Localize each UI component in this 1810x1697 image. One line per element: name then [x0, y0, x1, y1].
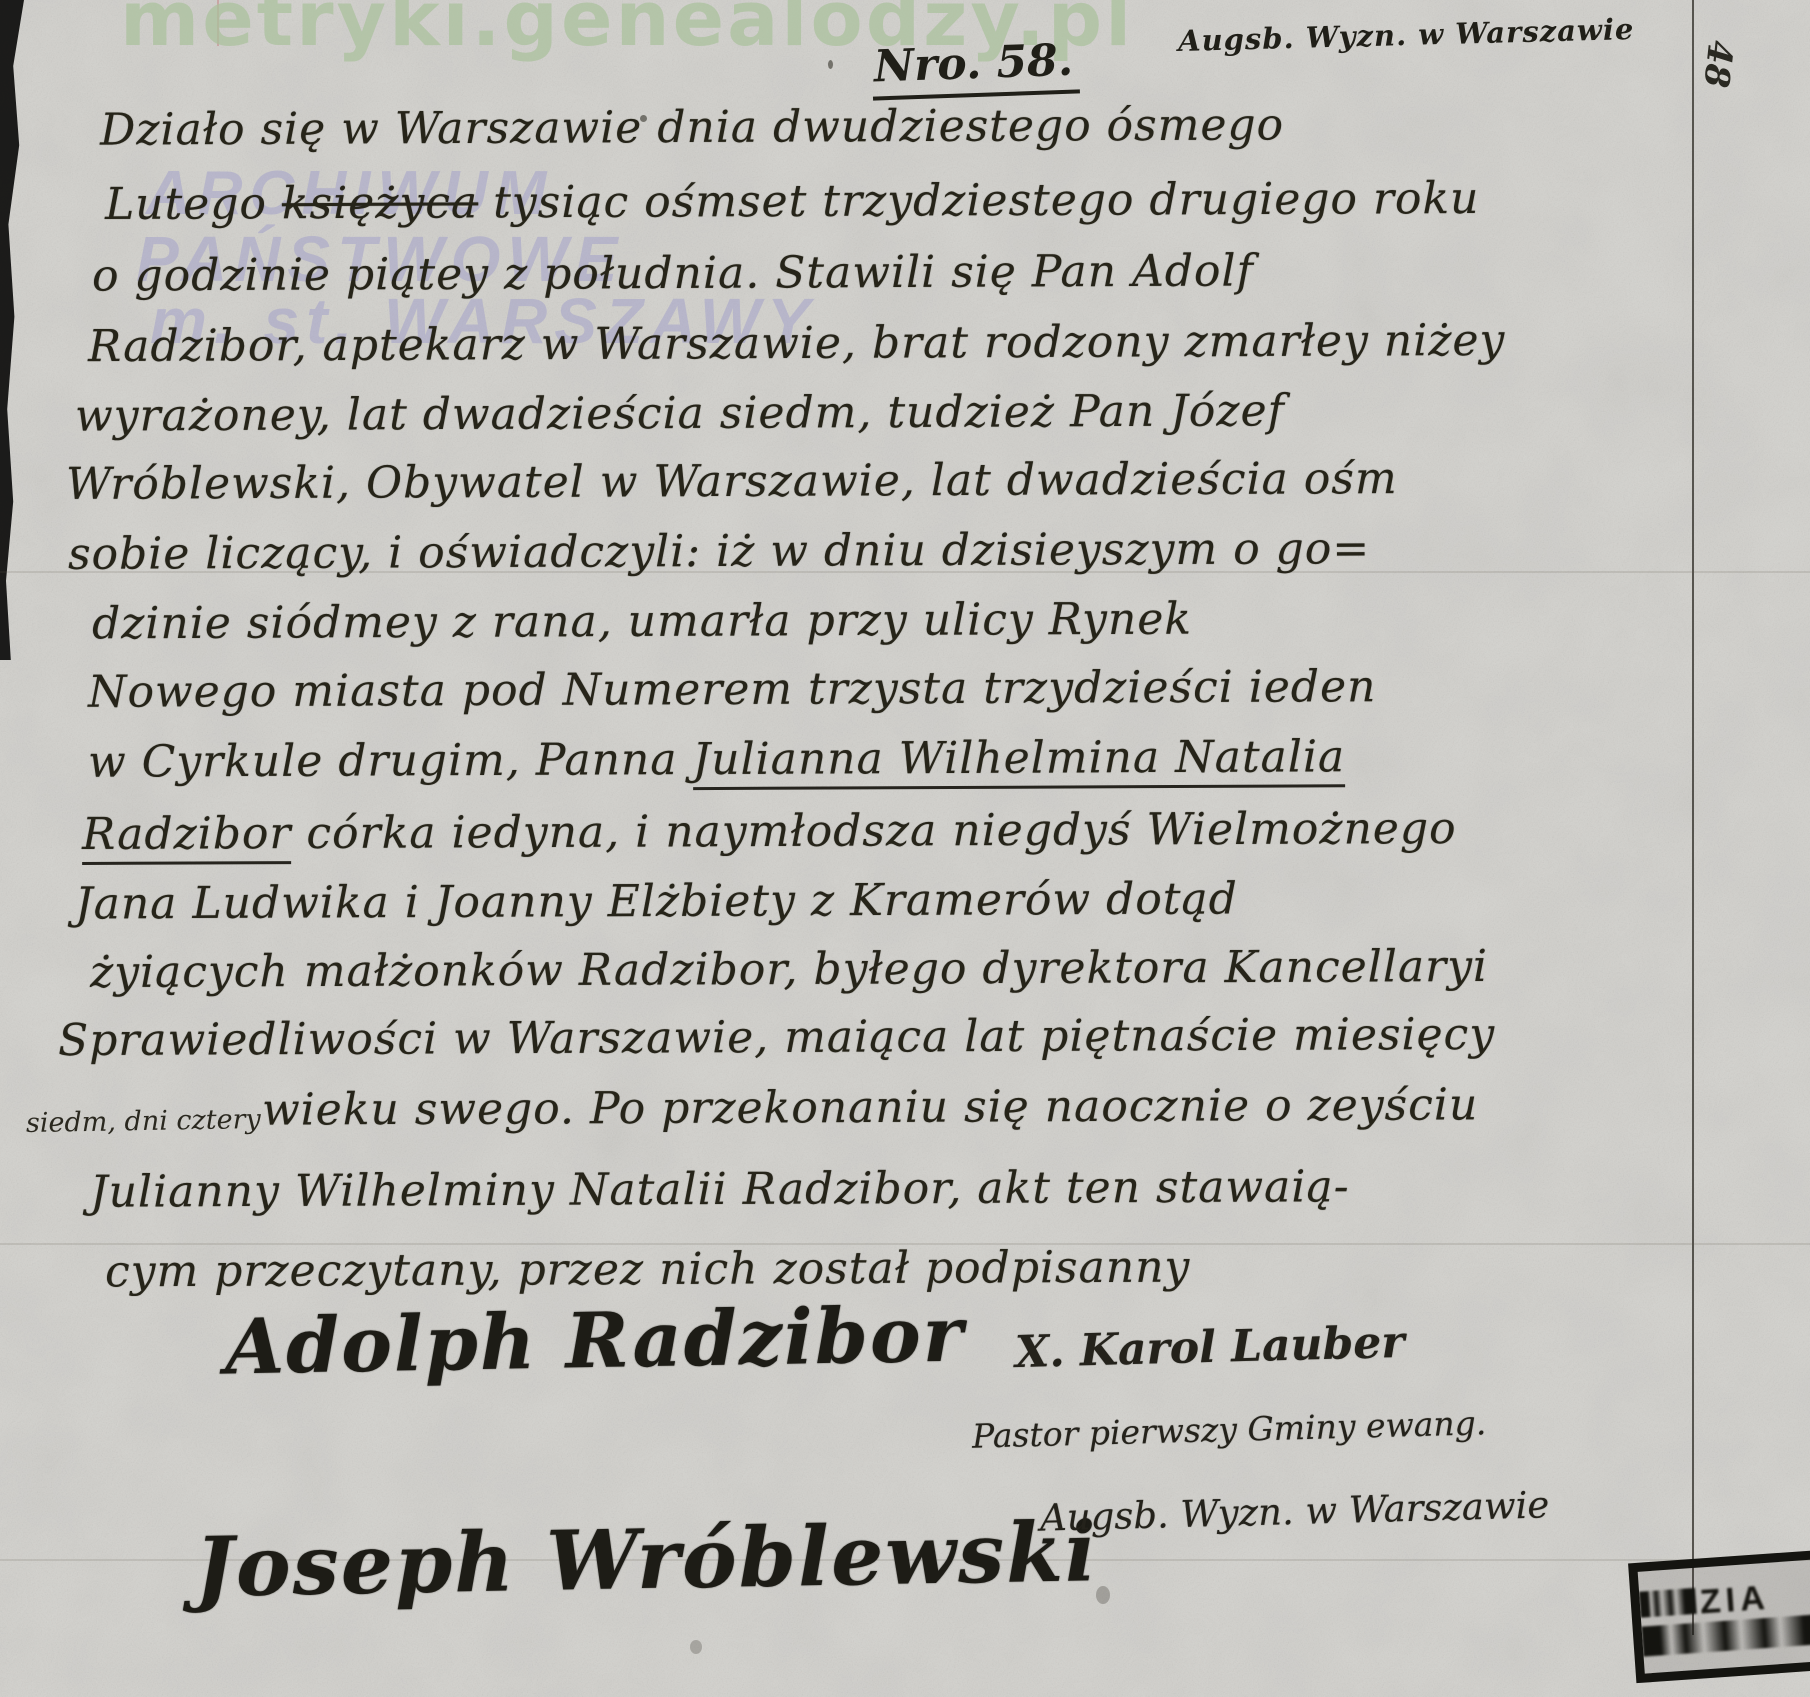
line2-pre: Lutego [105, 178, 282, 230]
act-number: Nro. 58. [871, 34, 1080, 100]
body-line-8: dzinie siódmey z rana, umarła przy ulicy… [92, 594, 1192, 650]
body-line-9: Nowego miasta pod Numerem trzysta trzydz… [88, 661, 1377, 718]
document-scan: metryki.genealodzy.pl ARCHIWUM PAŃSTWOWE… [0, 0, 1810, 1697]
signature-adolph-radzibor: Adolph Radzibor [224, 1290, 965, 1392]
body-line-13: żyiących małżonków Radzibor, byłego dyre… [90, 941, 1488, 998]
surname-underlined: Radzibor [82, 808, 292, 865]
interline-insertion: siedm, dni cztery [26, 1104, 261, 1139]
signature-pastor: X. Karol Lauber [1014, 1317, 1405, 1378]
archive-stamp: ZIA [1628, 1549, 1810, 1683]
body-line-11: Radzibor córka iedyna, i naymłodsza nieg… [82, 803, 1457, 860]
body-line-7: sobie liczący, i oświadczyli: iż w dniu … [68, 523, 1370, 580]
body-line-1: Działo się w Warszawie dnia dwudziestego… [100, 99, 1284, 155]
body-line-12: Jana Ludwika i Joanny Elżbiety z Krameró… [75, 873, 1238, 929]
pastor-title-line1: Pastor pierwszy Gminy ewang. [972, 1403, 1487, 1455]
body-line-15: wieku swego. Po przekonaniu się naocznie… [262, 1079, 1478, 1135]
right-ruled-line [1692, 0, 1694, 1635]
body-line-2: Lutego księżyca tysiąc ośmset trzydziest… [105, 173, 1480, 230]
body-line-4: Radzibor, aptekarz w Warszawie, brat rod… [88, 315, 1506, 372]
line2-post: tysiąc ośmset trzydziestego drugiego rok… [478, 173, 1479, 228]
body-line-5: wyrażoney, lat dwadzieścia siedm, tudzie… [75, 385, 1285, 441]
body-line-3: o godzinie piątey z południa. Stawili si… [92, 245, 1254, 301]
line2-struck-word: księżyca [282, 177, 479, 229]
signature-joseph-wroblewski: Joseph Wróblewski [194, 1504, 1099, 1616]
body-line-14: Sprawiedliwości w Warszawie, maiąca lat … [58, 1009, 1495, 1066]
body-line-17: cym przeczytany, przez nich został podpi… [105, 1242, 1191, 1298]
line11-post: córka iedyna, i naymłodsza niegdyś Wielm… [291, 803, 1456, 859]
deceased-name-underlined: Julianna Wilhelmina Natalia [692, 731, 1345, 790]
scan-left-edge [0, 0, 24, 660]
parish-header: Augsb. Wyzn. w Warszawie [1178, 12, 1635, 58]
pastor-title-line2: Augsb. Wyzn. w Warszawie [1040, 1483, 1550, 1539]
page-number: 48 [1695, 38, 1740, 89]
body-line-10: w Cyrkule drugim, Panna Julianna Wilhelm… [88, 731, 1345, 787]
ink-blot [690, 1640, 702, 1654]
body-line-16: Julianny Wilhelminy Natalii Radzibor, ak… [90, 1161, 1350, 1217]
body-line-6: Wróblewski, Obywatel w Warszawie, lat dw… [66, 453, 1398, 510]
line10-pre: w Cyrkule drugim, Panna [88, 734, 693, 788]
